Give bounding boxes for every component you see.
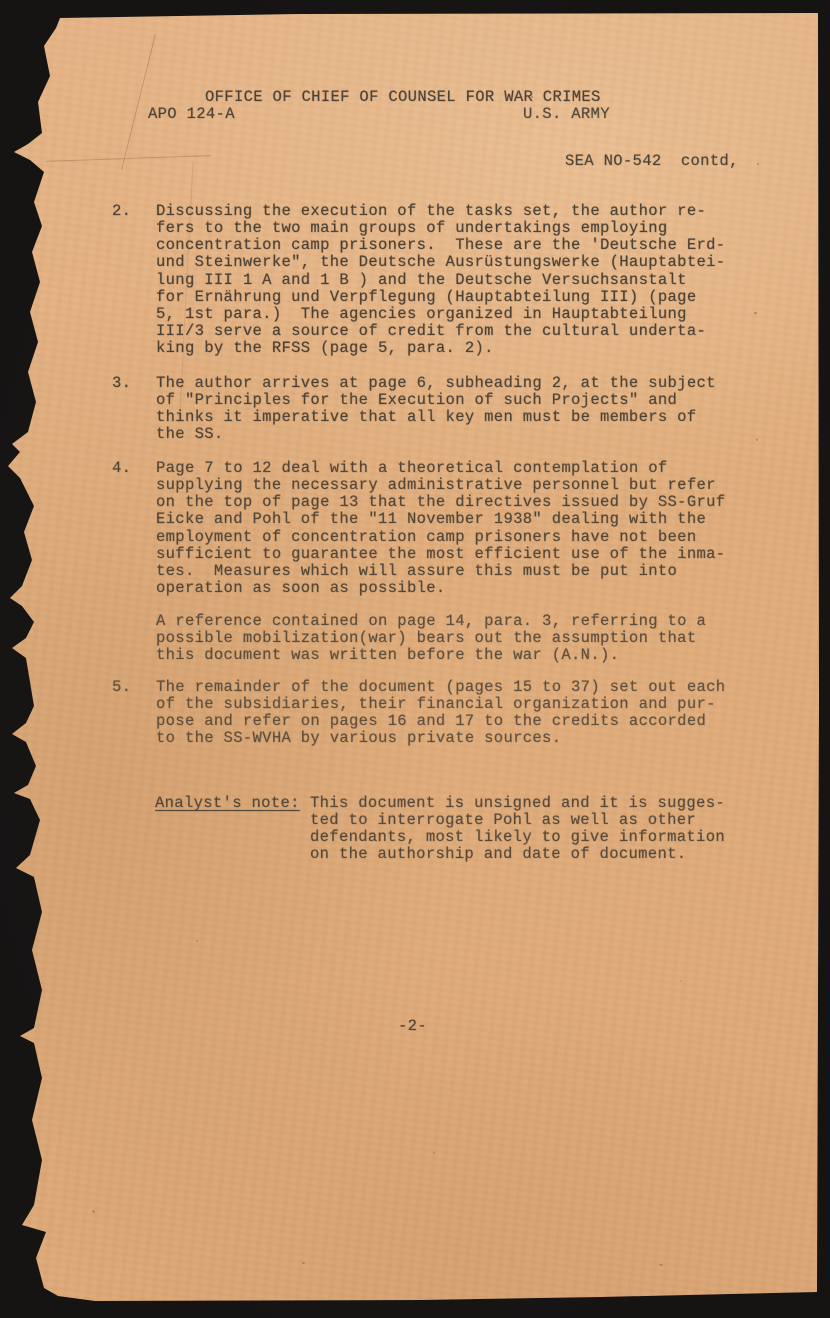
paper-speck [433,1152,435,1154]
item-text: Page 7 to 12 deal with a theoretical con… [156,460,725,597]
item-text: The remainder of the document (pages 15 … [156,679,725,748]
paper-speck [680,980,682,982]
item-number: 5. [112,679,156,748]
list-item-4: 4. Page 7 to 12 deal with a theoretical … [112,460,725,597]
paper-speck [531,96,533,98]
item-text: Discussing the execution of the tasks se… [156,203,725,357]
paper-speck [196,940,198,942]
header-office-line: OFFICE OF CHIEF OF COUNSEL FOR WAR CRIME… [205,89,601,106]
paper-speck [757,163,759,165]
list-item-5: 5. The remainder of the document (pages … [112,679,725,748]
paper-crease [179,162,193,412]
paper-crease [121,34,156,170]
header-apo-number: APO 124-A [148,106,235,123]
analyst-note: Analyst's note: This document is unsigne… [155,795,725,864]
header-army-label: U.S. ARMY [523,106,610,123]
paper-speck [92,1210,95,1213]
page-number: -2- [398,1018,427,1035]
list-item-3: 3. The author arrives at page 6, subhead… [112,375,716,444]
paper-speck [754,312,757,314]
item-number: 3. [112,375,156,444]
item-number [112,613,156,664]
paper-speck [659,1264,663,1266]
analyst-note-label: Analyst's note: [155,795,310,864]
item-text: A reference contained on page 14, para. … [156,613,706,664]
document-page: OFFICE OF CHIEF OF COUNSEL FOR WAR CRIME… [0,0,830,1318]
list-item-2: 2. Discussing the execution of the tasks… [112,203,725,357]
item-number: 2. [112,203,156,357]
paper-crease [46,155,211,162]
doc-ref-number: SEA NO-542 contd, [565,153,739,170]
analyst-note-text: This document is unsigned and it is sugg… [310,795,725,864]
list-item-reference: A reference contained on page 14, para. … [112,613,706,664]
item-number: 4. [112,460,156,597]
paper-speck [302,1262,305,1264]
paper-speck [756,438,758,441]
item-text: The author arrives at page 6, subheading… [156,375,716,444]
